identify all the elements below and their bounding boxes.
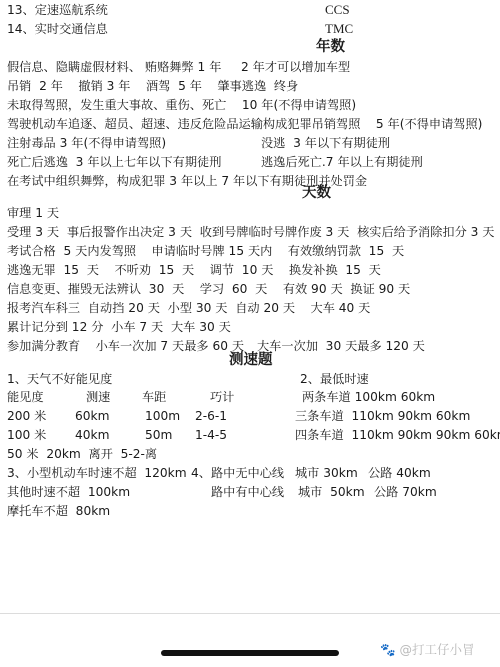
item-13-text: 13、定速巡航系统 — [7, 2, 108, 18]
section1-title: 1、天气不好能见度 — [7, 371, 112, 387]
years-line-1: 假信息、隐瞒虚假材料、 贿赂舞弊 1 年 — [7, 59, 221, 75]
table-header-visibility: 能见度 — [7, 389, 44, 405]
years-line-6-right: 逃逸后死亡.7 年以上有期徒刑 — [261, 154, 423, 170]
section4-row-1-city: 城市 30km — [295, 465, 358, 481]
divider — [0, 613, 500, 614]
table-row-2-speed: 40km — [75, 427, 109, 443]
days-line-2: 受理 3 天 事后报警作出决定 3 天 收到号牌临时号牌作废 3 天 核实后给予… — [7, 224, 494, 240]
section2-title: 2、最低时速 — [300, 371, 369, 387]
years-line-1-right: 2 年才可以增加车型 — [241, 59, 350, 75]
home-indicator[interactable] — [161, 650, 339, 656]
years-heading: 年数 — [316, 38, 345, 56]
section4-row-1-label: 4、路中无中心线 — [191, 465, 284, 481]
table-header-mnemonic: 巧计 — [210, 389, 234, 405]
table-header-distance: 车距 — [142, 389, 166, 405]
watermark: 🐾 @打工仔小冒 — [380, 640, 475, 658]
item-13-code: CCS — [325, 2, 350, 18]
years-line-3: 未取得驾照，发生重大事故、重伤、死亡 10 年(不得申请驾照) — [7, 97, 356, 113]
days-line-3: 考试合格 5 天内发驾照 申请临时号牌 15 天内 有效缴纳罚款 15 天 — [7, 243, 404, 259]
table-header-speed: 测速 — [86, 389, 110, 405]
days-line-6: 报考汽车科三 自动挡 20 天 小型 30 天 自动 20 天 大车 40 天 — [7, 300, 370, 316]
days-line-8: 参加满分教育 小车一次加 7 天最多 60 天 — [7, 338, 244, 354]
years-line-2: 吊销 2 年 撤销 3 年 酒驾 5 年 肇事逃逸 终身 — [7, 78, 298, 94]
days-line-1: 审理 1 天 — [7, 205, 59, 221]
table-row-1-speed: 60km — [75, 408, 109, 424]
table-row-2-mnemonic: 1-4-5 — [195, 427, 227, 443]
section4-row-2-city: 城市 50km — [298, 484, 365, 500]
section3-line-2: 其他时速不超 100km — [7, 484, 130, 500]
years-line-6: 死亡后逃逸 3 年以上七年以下有期徒刑 — [7, 154, 221, 170]
min-speed-three-lanes: 三条车道 110km 90km 60km — [295, 408, 470, 424]
section4-row-2-label: 路中有中心线 — [211, 484, 284, 500]
years-line-4: 驾驶机动车追逐、超员、超速、违反危险品运输构成犯罪吊销驾照 5 年(不得申请驾照… — [7, 116, 482, 132]
item-14-code: TMC — [325, 21, 353, 37]
days-heading: 天数 — [302, 184, 331, 202]
years-line-5-right: 没逃 3 年以下有期徒刑 — [261, 135, 390, 151]
days-line-8-right: 大车一次加 30 天最多 120 天 — [257, 338, 425, 354]
years-line-5: 注射毒品 3 年(不得申请驾照) — [7, 135, 166, 151]
days-line-4: 逃逸无罪 15 天 不听劝 15 天 调节 10 天 换发补换 15 天 — [7, 262, 381, 278]
section3-line-1: 3、小型机动车时速不超 120km — [7, 465, 187, 481]
item-14-text: 14、实时交通信息 — [7, 21, 108, 37]
section3-line-3: 摩托车不超 80km — [7, 503, 110, 519]
section4-row-1-road: 公路 40km — [368, 465, 431, 481]
section4-row-2-road: 公路 70km — [374, 484, 437, 500]
table-row-1-visibility: 200 米 — [7, 408, 46, 424]
table-row-2-visibility: 100 米 — [7, 427, 46, 443]
days-line-7: 累计记分到 12 分 小车 7 天 大车 30 天 — [7, 319, 231, 335]
table-row-1-distance: 100m — [145, 408, 180, 424]
min-speed-four-lanes: 四条车道 110km 90km 90km 60km — [295, 427, 500, 443]
table-row-1-mnemonic: 2-6-1 — [195, 408, 227, 424]
table-row-3: 50 米 20km 离开 5-2-离 — [7, 446, 157, 462]
days-line-5: 信息变更、摧毁无法辨认 30 天 学习 60 天 有效 90 天 换证 90 天 — [7, 281, 410, 297]
min-speed-two-lanes: 两条车道 100km 60km — [302, 389, 435, 405]
speed-heading: 测速题 — [229, 351, 273, 369]
table-row-2-distance: 50m — [145, 427, 172, 443]
